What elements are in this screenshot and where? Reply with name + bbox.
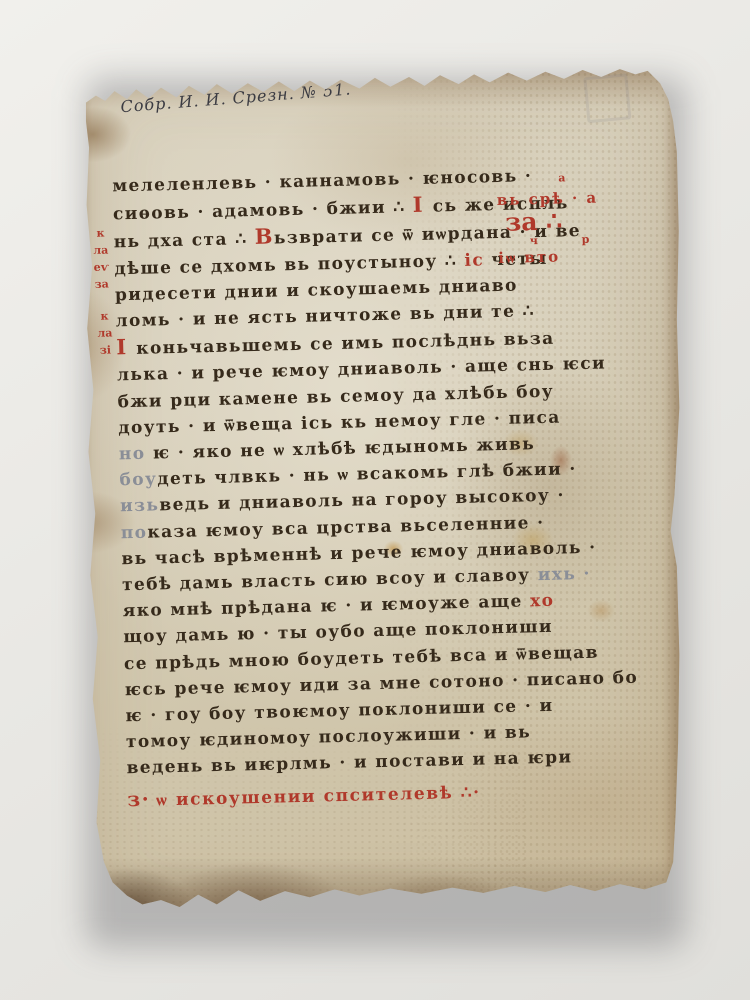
rubric-text: В [254, 224, 274, 249]
rubric-text: хо [530, 591, 555, 612]
rubric-text: І [412, 192, 433, 217]
faded-text: по [121, 522, 148, 543]
parchment-leaf: Собр. И. И. Срезн. № 51. мелеленлевь · к… [68, 55, 688, 937]
faded-text: боу [119, 470, 157, 491]
ink-text: нь дха ста ∴ [113, 229, 255, 252]
faded-text: изь [120, 496, 160, 517]
leaf-content: Собр. И. И. Срезн. № 51. мелеленлевь · к… [57, 48, 698, 945]
rubric-text: ѡ искоушении спсителевѣ ∴· [156, 783, 481, 811]
faint-stamp [583, 73, 631, 123]
faded-text: ихь · [537, 564, 591, 585]
left-margin-mark: к [85, 224, 115, 242]
rubric-initial: з· [127, 787, 151, 812]
ink-text: сиѳовь · адамовь · бжии ∴ [113, 197, 413, 224]
left-margin-marks-2: клазі [89, 307, 120, 359]
right-margin-mark: іѡ вто [498, 243, 688, 268]
bottom-rubric: з·ѡ искоушении спсителевѣ ∴· [127, 779, 481, 812]
left-margin-mark: зі [90, 341, 120, 359]
faded-text: но [119, 444, 146, 465]
left-margin-mark: к [89, 307, 119, 325]
photo-scene: Собр. И. И. Срезн. № 51. мелеленлевь · к… [0, 0, 750, 1000]
right-margin-rubric-block: авь срѣ · аза ∴ч ріѡ вто [496, 165, 688, 268]
left-margin-mark: ла [90, 324, 120, 342]
rubric-text: іс [464, 250, 491, 271]
